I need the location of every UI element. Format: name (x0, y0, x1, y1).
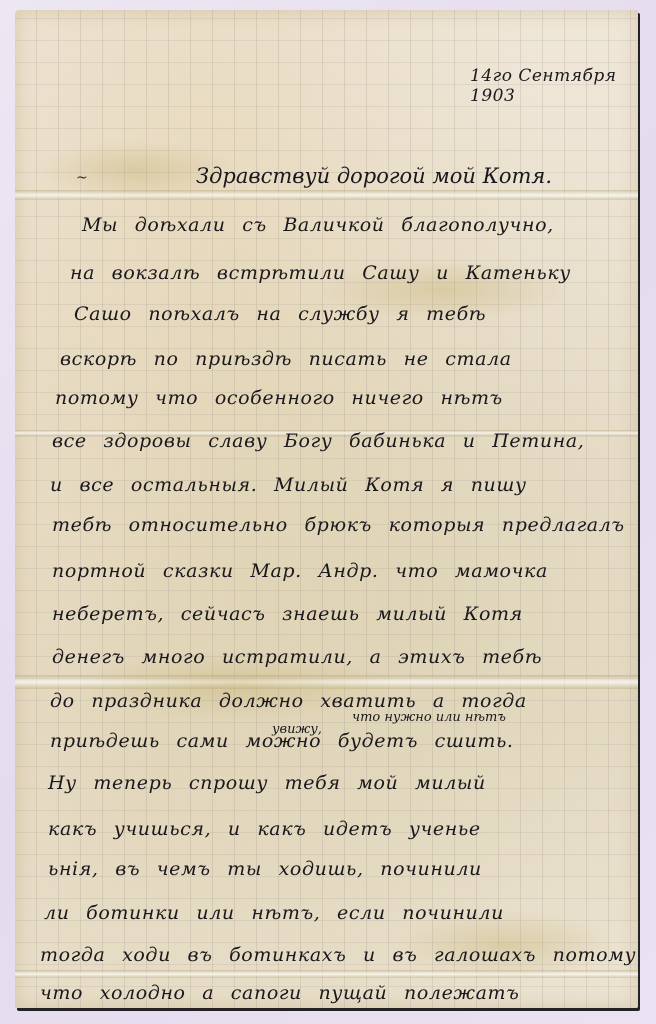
paper-fold (15, 190, 638, 200)
letter-line: Ну теперь спрошу тебя мой милый (48, 772, 486, 794)
letter-line: тебѣ относительно брюкъ которыя предлага… (52, 514, 625, 536)
letter-line: что холодно а сапоги пущай полежатъ (40, 982, 519, 1004)
letter-date: 14го Сентября 1903 (470, 66, 656, 106)
letter-line: денегъ много истратили, а этихъ тебѣ (52, 646, 542, 668)
letter-line: приѣдешь сами можно будетъ сшить. (50, 730, 514, 752)
letter-line: ьнія, въ чемъ ты ходишь, починили (48, 858, 482, 880)
letter-line: портной сказки Мар. Андр. что мамочка (52, 560, 548, 582)
letter-line: Сашо поѣхалъ на службу я тебѣ (74, 303, 486, 325)
paper-fold (15, 970, 638, 978)
letter-line: тогда ходи въ ботинкахъ и въ галошахъ по… (40, 944, 636, 966)
letter-line: Мы доѣхали съ Валичкой благополучно, (82, 214, 554, 236)
letter-line: вскорѣ по приѣздѣ писать не стала (60, 348, 512, 370)
paper-fold (15, 675, 638, 689)
letter-line: какъ учишься, и какъ идетъ ученье (48, 818, 481, 840)
letter-line: неберетъ, сейчасъ знаешь милый Котя (52, 603, 523, 625)
interlinear-insertion: что нужно или нѣтъ (352, 710, 506, 725)
margin-mark: ~ (76, 170, 88, 186)
letter-line: и все остальныя. Милый Котя я пишу (50, 474, 527, 496)
letter-line: на вокзалѣ встрѣтили Сашу и Катеньку (70, 262, 571, 284)
letter-line: потому что особенного ничего нѣтъ (55, 387, 503, 409)
letter-line: все здоровы славу Богу бабинька и Петина… (52, 430, 584, 452)
letter-line: ли ботинки или нѣтъ, если починили (44, 902, 504, 924)
letter-greeting: Здравствуй дорогой мой Котя. (196, 164, 552, 188)
letter-line: до праздника должно хватить а тогда (50, 690, 527, 712)
